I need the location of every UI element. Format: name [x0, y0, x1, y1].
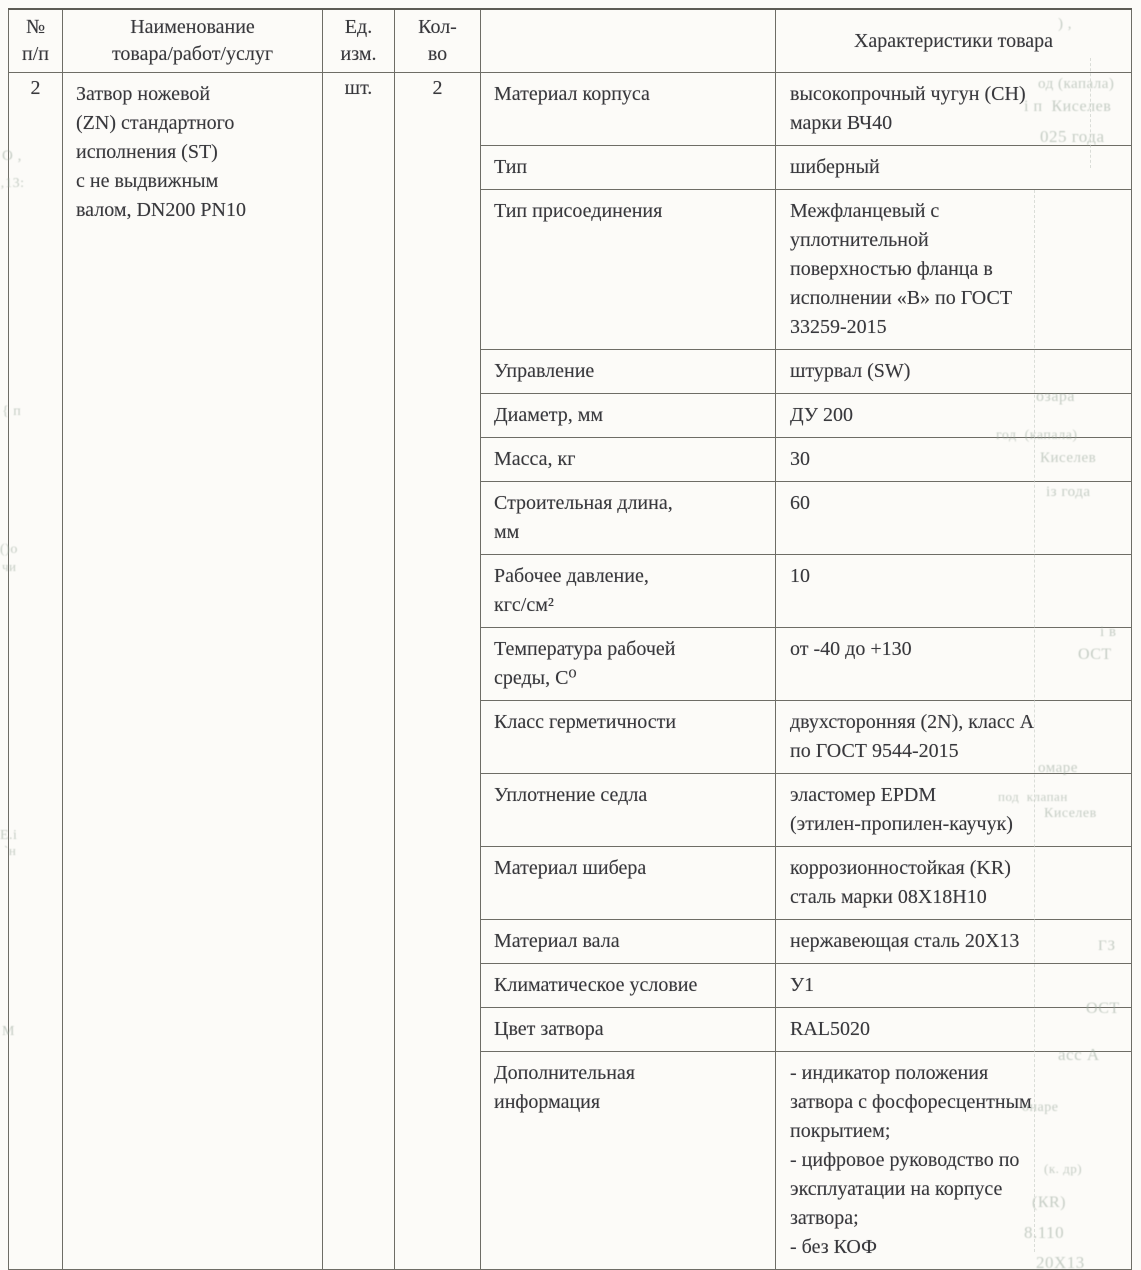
col-header-qty: Кол- во: [395, 9, 481, 73]
char-label-cell: Масса, кг: [481, 438, 776, 482]
char-label-cell: Класс герметичности: [481, 701, 776, 774]
char-value-cell: штурвал (SW): [776, 350, 1132, 394]
char-value-cell: нержавеющая сталь 20Х13: [776, 920, 1132, 964]
product-spec-table: № п/п Наименование товара/работ/услуг Ед…: [8, 8, 1132, 1270]
char-value-cell: шиберный: [776, 146, 1132, 190]
col-header-num: № п/п: [9, 9, 63, 73]
char-value-cell: ДУ 200: [776, 394, 1132, 438]
char-value-cell: 30: [776, 438, 1132, 482]
char-label-cell: Диаметр, мм: [481, 394, 776, 438]
char-value-cell: коррозионностойкая (KR) сталь марки 08Х1…: [776, 847, 1132, 920]
char-value-cell: Межфланцевый с уплотнительной поверхност…: [776, 190, 1132, 350]
char-label-cell: Материал вала: [481, 920, 776, 964]
char-value-cell: - индикатор положения затвора с фосфорес…: [776, 1052, 1132, 1270]
char-label-cell: Управление: [481, 350, 776, 394]
char-row: 2 Затвор ножевой (ZN) стандартного испол…: [9, 73, 1132, 146]
char-label-cell: Температура рабочей среды, С⁰: [481, 628, 776, 701]
char-label-cell: Климатическое условие: [481, 964, 776, 1008]
item-unit-cell: шт.: [323, 73, 395, 1270]
col-header-name: Наименование товара/работ/услуг: [63, 9, 323, 73]
char-label-cell: Строительная длина, мм: [481, 482, 776, 555]
spec-table-body: 2 Затвор ножевой (ZN) стандартного испол…: [9, 73, 1132, 1270]
char-value-cell: от -40 до +130: [776, 628, 1132, 701]
item-name-cell: Затвор ножевой (ZN) стандартного исполне…: [63, 73, 323, 1270]
char-value-cell: эластомер EPDM (этилен-пропилен-каучук): [776, 774, 1132, 847]
char-label-cell: Цвет затвора: [481, 1008, 776, 1052]
col-header-spec-blank: [481, 9, 776, 73]
item-number-cell: 2: [9, 73, 63, 1270]
char-value-cell: высокопрочный чугун (СН) марки ВЧ40: [776, 73, 1132, 146]
char-value-cell: 10: [776, 555, 1132, 628]
char-value-cell: 60: [776, 482, 1132, 555]
col-header-unit: Ед. изм.: [323, 9, 395, 73]
char-label-cell: Дополнительная информация: [481, 1052, 776, 1270]
item-qty-cell: 2: [395, 73, 481, 1270]
char-value-cell: У1: [776, 964, 1132, 1008]
col-header-spec: Характеристики товара: [776, 9, 1132, 73]
char-label-cell: Рабочее давление, кгс/см²: [481, 555, 776, 628]
header-row: № п/п Наименование товара/работ/услуг Ед…: [9, 9, 1132, 73]
char-label-cell: Тип: [481, 146, 776, 190]
char-value-cell: двухсторонняя (2N), класс А по ГОСТ 9544…: [776, 701, 1132, 774]
scanned-document-page: № п/п Наименование товара/работ/услуг Ед…: [0, 0, 1141, 1270]
char-label-cell: Тип присоединения: [481, 190, 776, 350]
char-label-cell: Материал шибера: [481, 847, 776, 920]
char-label-cell: Материал корпуса: [481, 73, 776, 146]
char-label-cell: Уплотнение седла: [481, 774, 776, 847]
char-value-cell: RAL5020: [776, 1008, 1132, 1052]
